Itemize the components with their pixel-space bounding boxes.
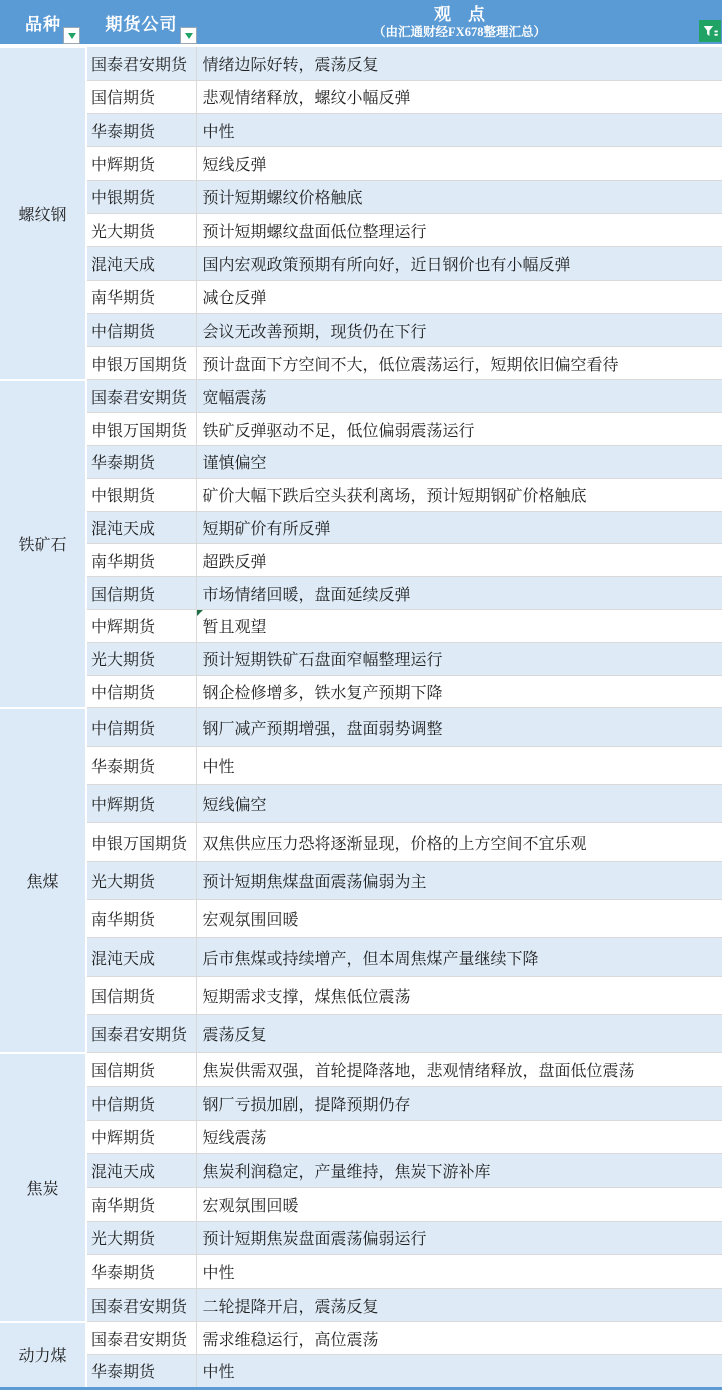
table-row: 华泰期货中性 bbox=[0, 114, 722, 147]
table-row: 中信期货钢厂亏损加剧，提降预期仍存 bbox=[0, 1087, 722, 1121]
table-row: 中辉期货短线反弹 bbox=[0, 147, 722, 180]
table-row: 混沌天成后市焦煤或持续增产，但本周焦煤产量继续下降 bbox=[0, 938, 722, 976]
view-cell: 预计短期铁矿石盘面窄幅整理运行 bbox=[196, 642, 722, 675]
company-cell: 申银万国期货 bbox=[86, 413, 196, 446]
company-cell: 中辉期货 bbox=[86, 1120, 196, 1154]
view-header-subtitle: （由汇通财经FX678整理汇总） bbox=[373, 25, 546, 39]
view-cell: 超跌反弹 bbox=[196, 544, 722, 577]
view-cell: 铁矿反弹驱动不足，低位偏弱震荡运行 bbox=[196, 413, 722, 446]
table-row: 华泰期货谨慎偏空 bbox=[0, 446, 722, 479]
variety-cell: 动力煤 bbox=[0, 1322, 86, 1387]
company-cell: 国泰君安期货 bbox=[86, 1322, 196, 1355]
view-cell: 焦炭利润稳定，产量维持，焦炭下游补库 bbox=[196, 1154, 722, 1188]
table-row: 混沌天成国内宏观政策预期有所向好，近日钢价也有小幅反弹 bbox=[0, 247, 722, 280]
table-row: 铁矿石国泰君安期货宽幅震荡 bbox=[0, 380, 722, 413]
view-cell: 预计盘面下方空间不大，低位震荡运行，短期依旧偏空看待 bbox=[196, 347, 722, 380]
table-row: 国信期货市场情绪回暖，盘面延续反弹 bbox=[0, 577, 722, 610]
table-row: 中信期货会议无改善预期，现货仍在下行 bbox=[0, 313, 722, 346]
table-row: 华泰期货中性 bbox=[0, 746, 722, 784]
filter-funnel-icon[interactable] bbox=[699, 20, 721, 42]
company-cell: 国泰君安期货 bbox=[86, 1288, 196, 1322]
company-cell: 南华期货 bbox=[86, 1187, 196, 1221]
company-header-label: 期货公司 bbox=[106, 10, 178, 35]
company-cell: 中辉期货 bbox=[86, 785, 196, 823]
table-row: 国信期货短期需求支撑，煤焦低位震荡 bbox=[0, 976, 722, 1014]
header-cell-view: 观 点 （由汇通财经FX678整理汇总） bbox=[197, 0, 722, 44]
table-row: 中银期货预计短期螺纹价格触底 bbox=[0, 180, 722, 213]
company-cell: 中信期货 bbox=[86, 313, 196, 346]
table-row: 光大期货预计短期焦煤盘面震荡偏弱为主 bbox=[0, 861, 722, 899]
company-cell: 南华期货 bbox=[86, 544, 196, 577]
company-cell: 华泰期货 bbox=[86, 114, 196, 147]
company-cell: 国信期货 bbox=[86, 1053, 196, 1087]
table-row: 南华期货减仓反弹 bbox=[0, 280, 722, 313]
table-row: 南华期货宏观氛围回暖 bbox=[0, 900, 722, 938]
company-cell: 华泰期货 bbox=[86, 446, 196, 479]
company-cell: 中信期货 bbox=[86, 708, 196, 746]
company-cell: 国泰君安期货 bbox=[86, 47, 196, 80]
view-cell: 市场情绪回暖，盘面延续反弹 bbox=[196, 577, 722, 610]
header-cell-company: 期货公司 bbox=[86, 0, 197, 44]
company-cell: 国信期货 bbox=[86, 577, 196, 610]
table-row: 南华期货超跌反弹 bbox=[0, 544, 722, 577]
view-cell: 暂且观望 bbox=[196, 610, 722, 643]
view-cell: 会议无改善预期，现货仍在下行 bbox=[196, 313, 722, 346]
company-cell: 混沌天成 bbox=[86, 247, 196, 280]
view-cell: 预计短期焦煤盘面震荡偏弱为主 bbox=[196, 861, 722, 899]
view-cell: 预计短期螺纹价格触底 bbox=[196, 180, 722, 213]
company-cell: 中信期货 bbox=[86, 1087, 196, 1121]
view-cell: 中性 bbox=[196, 746, 722, 784]
table-row: 光大期货预计短期铁矿石盘面窄幅整理运行 bbox=[0, 642, 722, 675]
table-row: 中辉期货短线震荡 bbox=[0, 1120, 722, 1154]
table-row: 国泰君安期货震荡反复 bbox=[0, 1015, 722, 1053]
table-row: 华泰期货中性 bbox=[0, 1354, 722, 1387]
filter-dropdown-icon bbox=[68, 33, 76, 39]
company-cell: 光大期货 bbox=[86, 861, 196, 899]
table-row: 焦煤中信期货钢厂减产预期增强，盘面弱势调整 bbox=[0, 708, 722, 746]
company-cell: 混沌天成 bbox=[86, 1154, 196, 1188]
table-row: 华泰期货中性 bbox=[0, 1255, 722, 1289]
view-cell: 钢企检修增多，铁水复产预期下降 bbox=[196, 675, 722, 708]
company-cell: 国泰君安期货 bbox=[86, 380, 196, 413]
futures-opinions-sheet: 品种 期货公司 观 点 （由汇通财经FX678整理汇总） bbox=[0, 0, 722, 1390]
company-cell: 中银期货 bbox=[86, 478, 196, 511]
company-cell: 中辉期货 bbox=[86, 610, 196, 643]
table-row: 申银万国期货双焦供应压力恐将逐渐显现，价格的上方空间不宜乐观 bbox=[0, 823, 722, 861]
table-row: 申银万国期货预计盘面下方空间不大，低位震荡运行，短期依旧偏空看待 bbox=[0, 347, 722, 380]
company-cell: 华泰期货 bbox=[86, 1255, 196, 1289]
view-cell: 国内宏观政策预期有所向好，近日钢价也有小幅反弹 bbox=[196, 247, 722, 280]
view-cell: 双焦供应压力恐将逐渐显现，价格的上方空间不宜乐观 bbox=[196, 823, 722, 861]
table-row: 中银期货矿价大幅下跌后空头获利离场，预计短期钢矿价格触底 bbox=[0, 478, 722, 511]
company-cell: 中银期货 bbox=[86, 180, 196, 213]
table-row: 混沌天成短期矿价有所反弹 bbox=[0, 511, 722, 544]
variety-filter-dropdown[interactable] bbox=[63, 27, 80, 44]
company-cell: 光大期货 bbox=[86, 642, 196, 675]
view-cell: 中性 bbox=[196, 114, 722, 147]
view-cell: 矿价大幅下跌后空头获利离场，预计短期钢矿价格触底 bbox=[196, 478, 722, 511]
variety-cell: 螺纹钢 bbox=[0, 47, 86, 380]
view-cell: 情绪边际好转，震荡反复 bbox=[196, 47, 722, 80]
view-cell: 宏观氛围回暖 bbox=[196, 900, 722, 938]
variety-header-label: 品种 bbox=[25, 10, 61, 35]
table-row: 螺纹钢国泰君安期货情绪边际好转，震荡反复 bbox=[0, 47, 722, 80]
company-cell: 南华期货 bbox=[86, 900, 196, 938]
company-cell: 华泰期货 bbox=[86, 746, 196, 784]
opinions-table: 螺纹钢国泰君安期货情绪边际好转，震荡反复国信期货悲观情绪释放，螺纹小幅反弹华泰期… bbox=[0, 46, 722, 1387]
view-cell: 短线震荡 bbox=[196, 1120, 722, 1154]
table-header: 品种 期货公司 观 点 （由汇通财经FX678整理汇总） bbox=[0, 0, 722, 46]
view-cell: 短线偏空 bbox=[196, 785, 722, 823]
company-cell: 南华期货 bbox=[86, 280, 196, 313]
view-cell: 焦炭供需双强，首轮提降落地，悲观情绪释放，盘面低位震荡 bbox=[196, 1053, 722, 1087]
view-cell: 震荡反复 bbox=[196, 1015, 722, 1053]
view-cell: 需求维稳运行，高位震荡 bbox=[196, 1322, 722, 1355]
view-cell: 中性 bbox=[196, 1255, 722, 1289]
table-row: 国泰君安期货二轮提降开启，震荡反复 bbox=[0, 1288, 722, 1322]
table-row: 混沌天成焦炭利润稳定，产量维持，焦炭下游补库 bbox=[0, 1154, 722, 1188]
view-cell: 钢厂减产预期增强，盘面弱势调整 bbox=[196, 708, 722, 746]
variety-cell: 焦炭 bbox=[0, 1053, 86, 1322]
table-row: 焦炭国信期货焦炭供需双强，首轮提降落地，悲观情绪释放，盘面低位震荡 bbox=[0, 1053, 722, 1087]
company-cell: 光大期货 bbox=[86, 1221, 196, 1255]
variety-cell: 焦煤 bbox=[0, 708, 86, 1053]
table-row: 中辉期货暂且观望 bbox=[0, 610, 722, 643]
company-cell: 申银万国期货 bbox=[86, 823, 196, 861]
company-cell: 国信期货 bbox=[86, 976, 196, 1014]
company-cell: 国信期货 bbox=[86, 80, 196, 113]
table-row: 中信期货钢企检修增多，铁水复产预期下降 bbox=[0, 675, 722, 708]
company-cell: 申银万国期货 bbox=[86, 347, 196, 380]
view-cell: 短线反弹 bbox=[196, 147, 722, 180]
variety-cell: 铁矿石 bbox=[0, 380, 86, 708]
view-cell: 二轮提降开启，震荡反复 bbox=[196, 1288, 722, 1322]
view-cell: 预计短期焦炭盘面震荡偏弱运行 bbox=[196, 1221, 722, 1255]
view-cell: 谨慎偏空 bbox=[196, 446, 722, 479]
table-row: 中辉期货短线偏空 bbox=[0, 785, 722, 823]
table-row: 国信期货悲观情绪释放，螺纹小幅反弹 bbox=[0, 80, 722, 113]
cell-error-marker bbox=[197, 610, 203, 616]
view-cell: 宏观氛围回暖 bbox=[196, 1187, 722, 1221]
view-cell: 中性 bbox=[196, 1354, 722, 1387]
table-row: 申银万国期货铁矿反弹驱动不足，低位偏弱震荡运行 bbox=[0, 413, 722, 446]
table-row: 南华期货宏观氛围回暖 bbox=[0, 1187, 722, 1221]
company-cell: 混沌天成 bbox=[86, 938, 196, 976]
table-row: 光大期货预计短期螺纹盘面低位整理运行 bbox=[0, 213, 722, 246]
company-cell: 华泰期货 bbox=[86, 1354, 196, 1387]
company-cell: 中辉期货 bbox=[86, 147, 196, 180]
table-row: 动力煤国泰君安期货需求维稳运行，高位震荡 bbox=[0, 1322, 722, 1355]
view-cell: 短期矿价有所反弹 bbox=[196, 511, 722, 544]
company-cell: 国泰君安期货 bbox=[86, 1015, 196, 1053]
filter-dropdown-icon bbox=[185, 33, 193, 39]
table-row: 光大期货预计短期焦炭盘面震荡偏弱运行 bbox=[0, 1221, 722, 1255]
company-cell: 混沌天成 bbox=[86, 511, 196, 544]
view-cell: 悲观情绪释放，螺纹小幅反弹 bbox=[196, 80, 722, 113]
view-cell: 短期需求支撑，煤焦低位震荡 bbox=[196, 976, 722, 1014]
view-cell: 宽幅震荡 bbox=[196, 380, 722, 413]
view-header-title: 观 点 bbox=[434, 5, 485, 25]
view-cell: 钢厂亏损加剧，提降预期仍存 bbox=[196, 1087, 722, 1121]
view-cell: 减仓反弹 bbox=[196, 280, 722, 313]
header-cell-variety: 品种 bbox=[0, 0, 86, 44]
company-cell: 中信期货 bbox=[86, 675, 196, 708]
company-cell: 光大期货 bbox=[86, 213, 196, 246]
company-filter-dropdown[interactable] bbox=[180, 27, 197, 44]
view-cell: 预计短期螺纹盘面低位整理运行 bbox=[196, 213, 722, 246]
view-cell: 后市焦煤或持续增产，但本周焦煤产量继续下降 bbox=[196, 938, 722, 976]
